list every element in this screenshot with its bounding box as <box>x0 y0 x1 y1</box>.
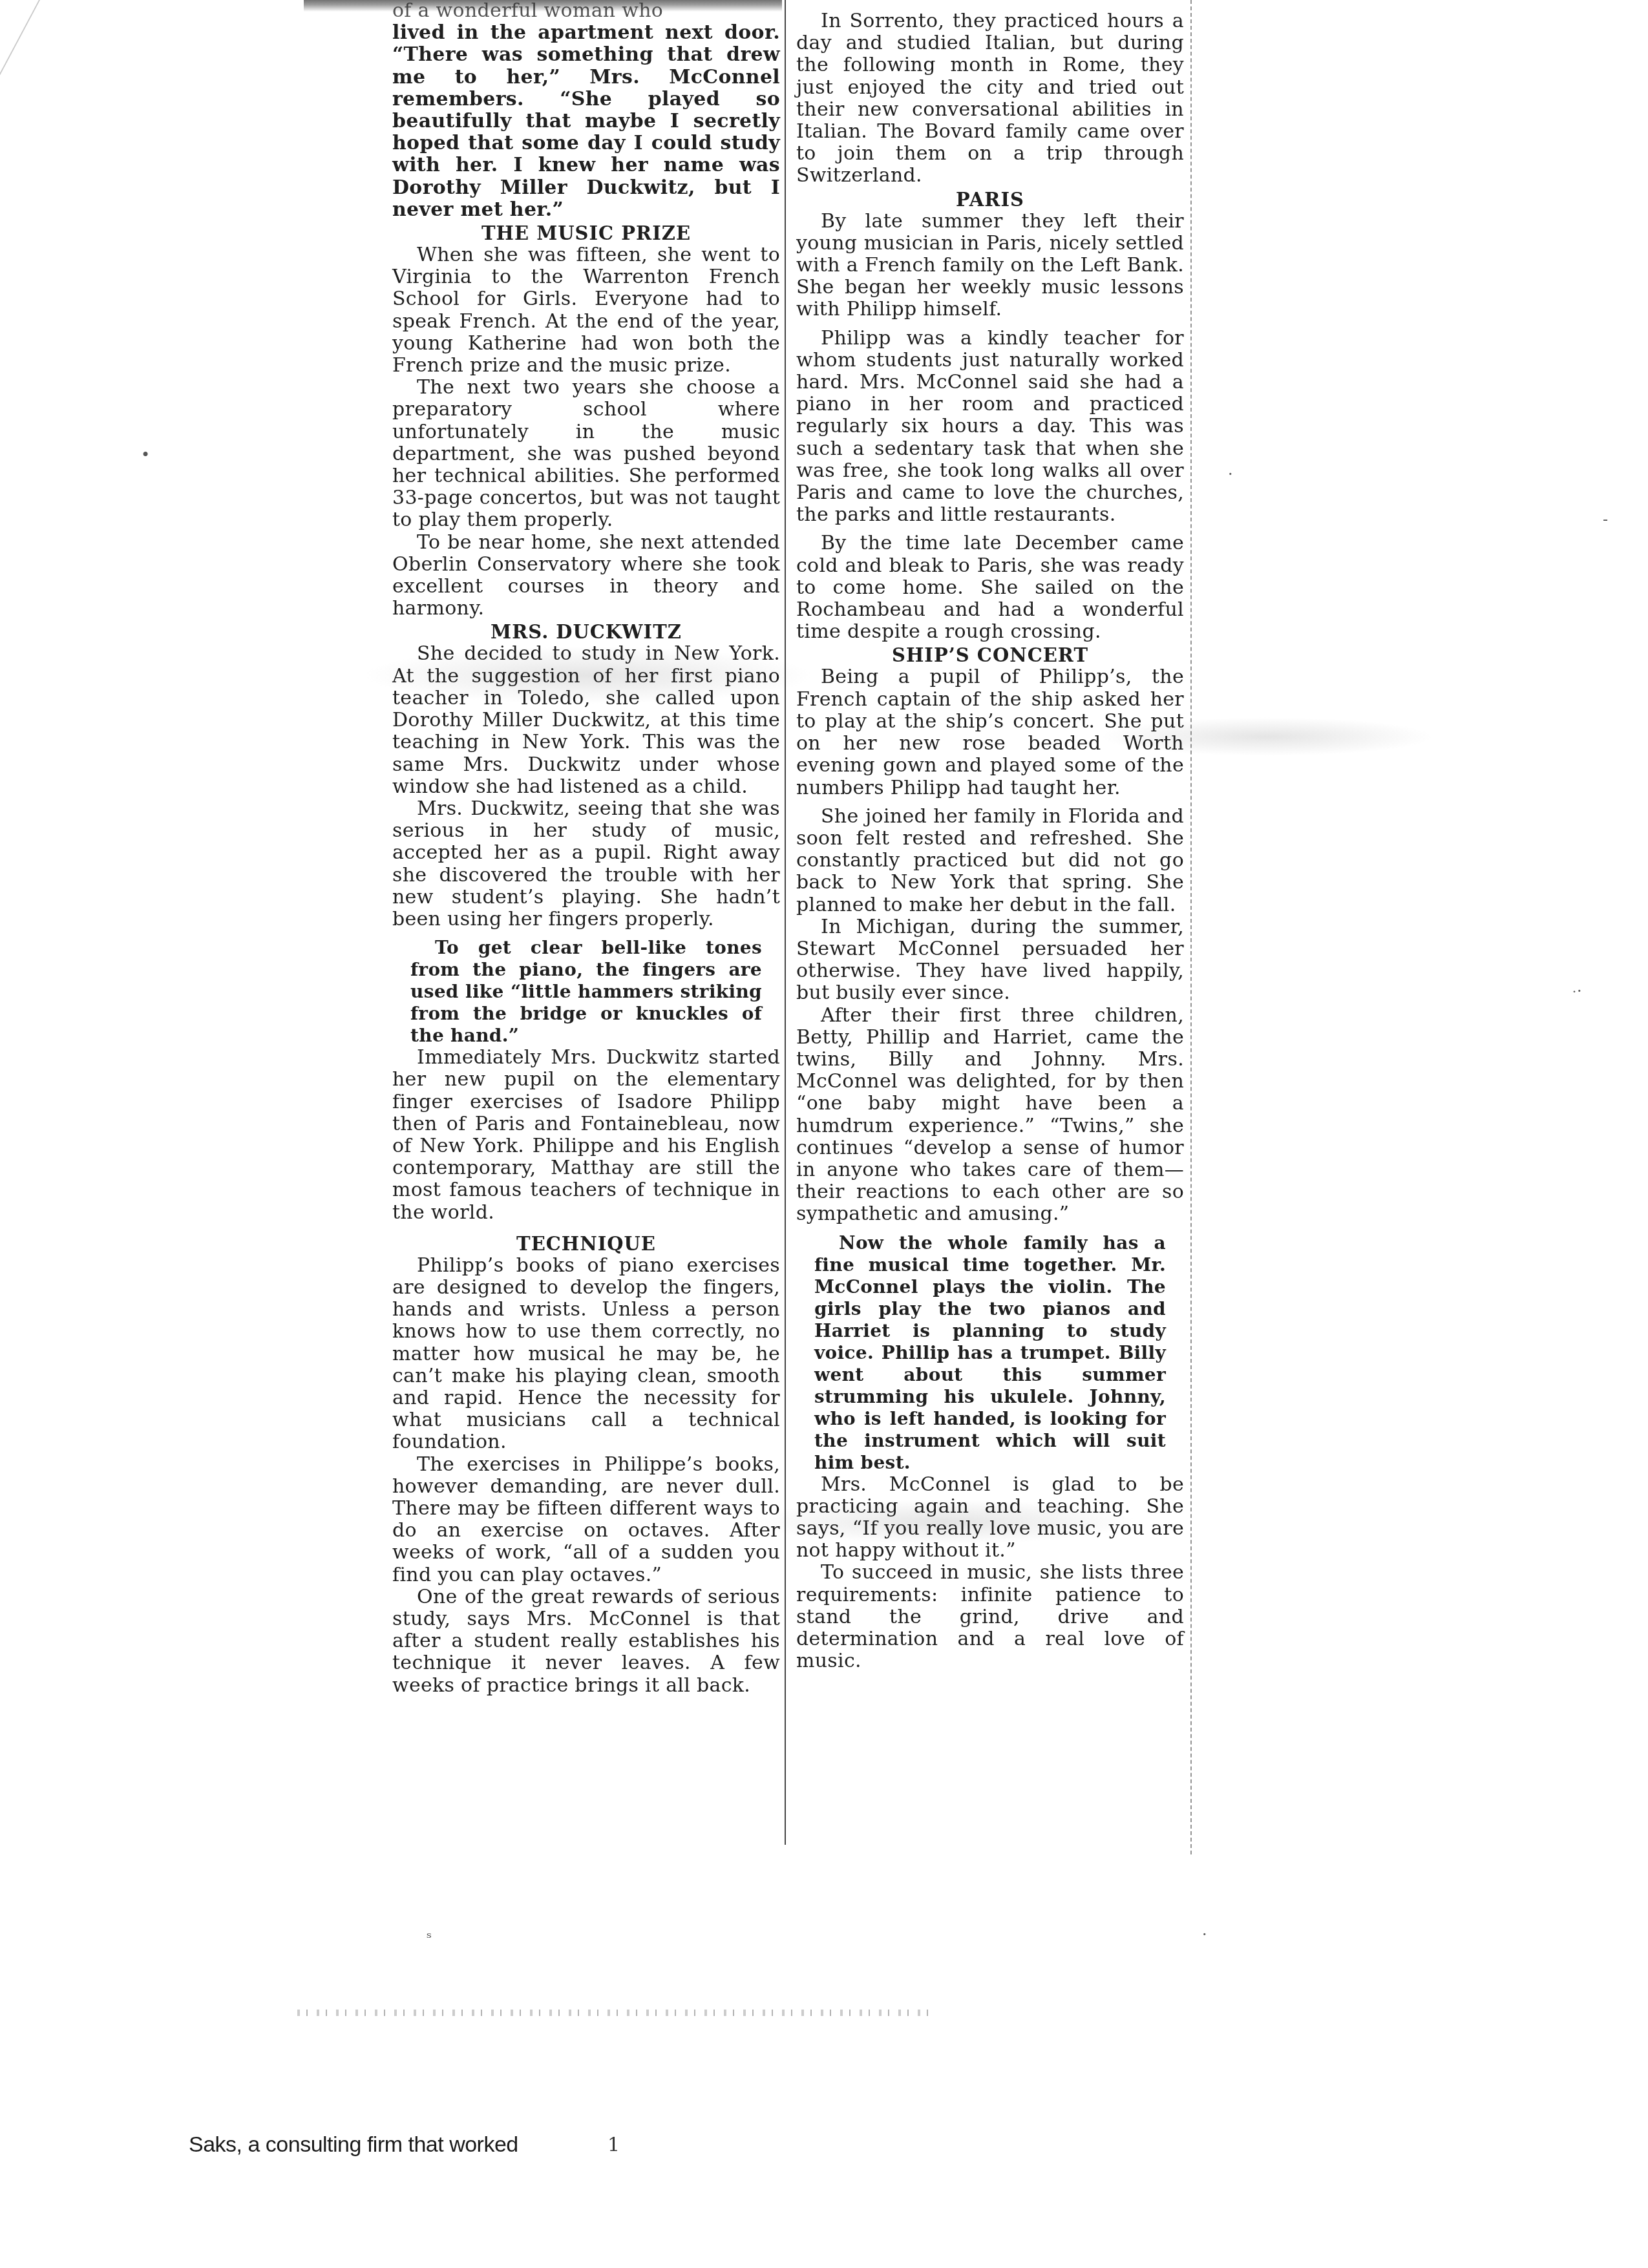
paragraph: Mrs. Duckwitz, seeing that she was serio… <box>392 798 780 930</box>
paragraph: Being a pupil of Philipp’s, the French c… <box>796 666 1184 799</box>
opening-paragraph: lived in the apartment next door. “There… <box>392 22 780 221</box>
paragraph: One of the great rewards of serious stud… <box>392 1586 780 1697</box>
footer-fragment-text: Saks, a consulting firm that worked <box>189 2132 518 2158</box>
opening-paragraph: In Sorrento, they practiced hours a day … <box>796 10 1184 187</box>
paragraph: The next two years she choose a preparat… <box>392 377 780 531</box>
paragraph: By the time late December came cold and … <box>796 532 1184 643</box>
scan-speck: ˢ <box>427 1929 432 1947</box>
section-heading-paris: PARIS <box>796 189 1184 211</box>
section-heading-mrs-duckwitz: MRS. DUCKWITZ <box>392 621 780 643</box>
paragraph: Immediately Mrs. Duckwitz started her ne… <box>392 1047 780 1224</box>
paragraph: Philipp was a kindly teacher for whom st… <box>796 328 1184 527</box>
pull-quote: Now the whole family has a fine musical … <box>814 1232 1166 1474</box>
pull-quote: To get clear bell-like tones from the pi… <box>410 937 762 1047</box>
partial-top-line: of a wonderful woman who <box>392 0 780 22</box>
section-heading-technique: TECHNIQUE <box>392 1233 780 1255</box>
paragraph: The exercises in Philippe’s books, howev… <box>392 1454 780 1586</box>
column-right-edge <box>1190 0 1192 1854</box>
paragraph: After their first three children, Betty,… <box>796 1005 1184 1226</box>
pull-quote-text: To get clear bell-like tones from the pi… <box>410 937 762 1047</box>
paragraph: Mrs. McConnel is glad to be practicing a… <box>796 1474 1184 1562</box>
section-heading-ships-concert: SHIP’S CONCERT <box>796 644 1184 666</box>
article-column-left: of a wonderful woman who lived in the ap… <box>392 0 780 1697</box>
scan-speck: · <box>1228 465 1233 483</box>
column-divider <box>785 0 786 1845</box>
pull-quote-text: Now the whole family has a fine musical … <box>814 1232 1166 1474</box>
scan-speck: · <box>1202 1926 1207 1944</box>
paragraph: To be near home, she next attended Oberl… <box>392 532 780 620</box>
scan-noise-line <box>297 2010 931 2016</box>
scan-speck: · <box>1577 982 1582 1000</box>
paragraph: To succeed in music, she lists three req… <box>796 1562 1184 1672</box>
paragraph: She joined her family in Florida and soo… <box>796 806 1184 916</box>
paragraph: She decided to study in New York. At the… <box>392 643 780 797</box>
page-corner-fold <box>0 0 40 78</box>
paragraph: In Michigan, during the summer, Stewart … <box>796 916 1184 1005</box>
paragraph: When she was fifteen, she went to Virgin… <box>392 244 780 377</box>
scan-speck: • <box>141 446 150 464</box>
section-heading-music-prize: THE MUSIC PRIZE <box>392 222 780 244</box>
scan-speck: - <box>1603 510 1608 529</box>
paragraph: By late summer they left their young mus… <box>796 211 1184 321</box>
article-column-right: In Sorrento, they practiced hours a day … <box>796 10 1184 1672</box>
footer-mark: 1 <box>607 2134 620 2156</box>
paragraph: Philipp’s books of piano exercises are d… <box>392 1255 780 1454</box>
